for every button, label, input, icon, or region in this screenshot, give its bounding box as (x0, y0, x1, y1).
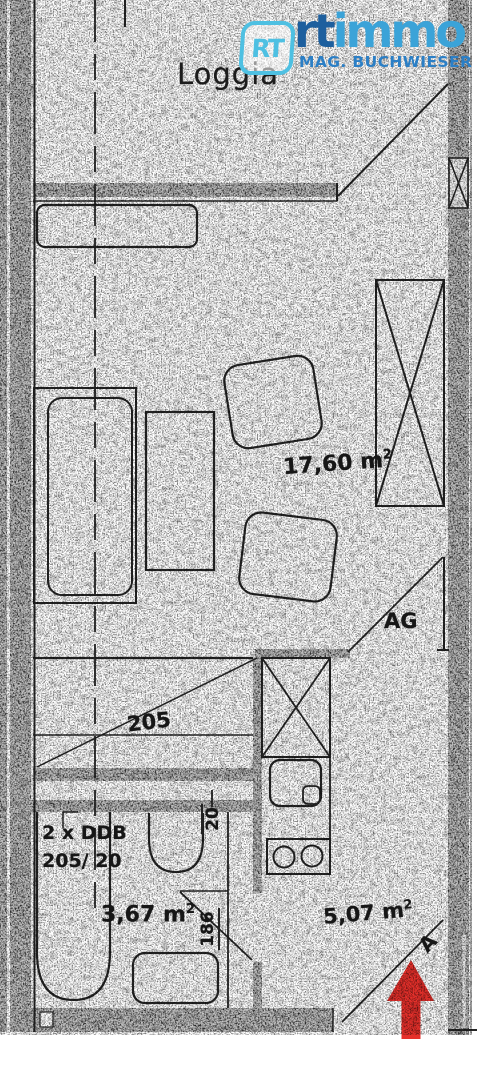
logo-icon-text: RT (250, 34, 283, 63)
logo-brand-rt: rt (294, 4, 333, 58)
hall-area-sup: 2 (403, 896, 413, 912)
logo-subtitle: MAG. BUCHWIESER (299, 53, 472, 71)
bed-mattress (48, 398, 132, 595)
loggia-door-swing (338, 84, 448, 196)
logo-brand: rtimmo (294, 6, 464, 57)
chair-bottom (237, 511, 338, 604)
ag-label: AG (384, 609, 418, 633)
cooktop (267, 839, 330, 874)
bath-area-sup: 2 (186, 902, 195, 917)
main-room-area-sup: 2 (382, 447, 392, 463)
toilet (149, 813, 203, 872)
floor-plan-page: Loggia 17,60 m2 AG 205 2 x DDB 205/ 20 2… (0, 0, 477, 1080)
scan-noise-fine (0, 0, 472, 1035)
bed-frame (34, 388, 136, 603)
walls-texture (0, 0, 469, 1035)
door-spec-line2-label: 205/ 20 (42, 850, 122, 872)
bed (34, 388, 136, 603)
logo-rt-icon: RT (238, 21, 296, 75)
kitchen-sink (270, 760, 321, 806)
door-spec-line1-label: 2 x DDB (42, 822, 127, 844)
chair-top (222, 353, 324, 450)
walls-layer (0, 0, 469, 1035)
washbasin (133, 953, 218, 1003)
logo-brand-immo: immo (333, 4, 464, 58)
ag-diagonal (348, 557, 443, 652)
entrance-arrow-icon (387, 960, 434, 1039)
bath-area-label: 3,67 m2 (101, 902, 195, 927)
kitchen-faucet (303, 786, 320, 804)
bath-area-value: 3,67 m (101, 902, 186, 927)
dim-20-label: 20 (201, 804, 223, 834)
cooktop-burner-left (274, 847, 295, 868)
cooktop-burner-right (302, 846, 323, 867)
dim-186-label: 186 (198, 908, 220, 950)
table (146, 412, 214, 570)
bottom-wall-notch (40, 1012, 53, 1027)
sideboard (37, 205, 197, 247)
scan-noise-coarse (0, 0, 472, 1035)
kitchenette (262, 658, 330, 874)
